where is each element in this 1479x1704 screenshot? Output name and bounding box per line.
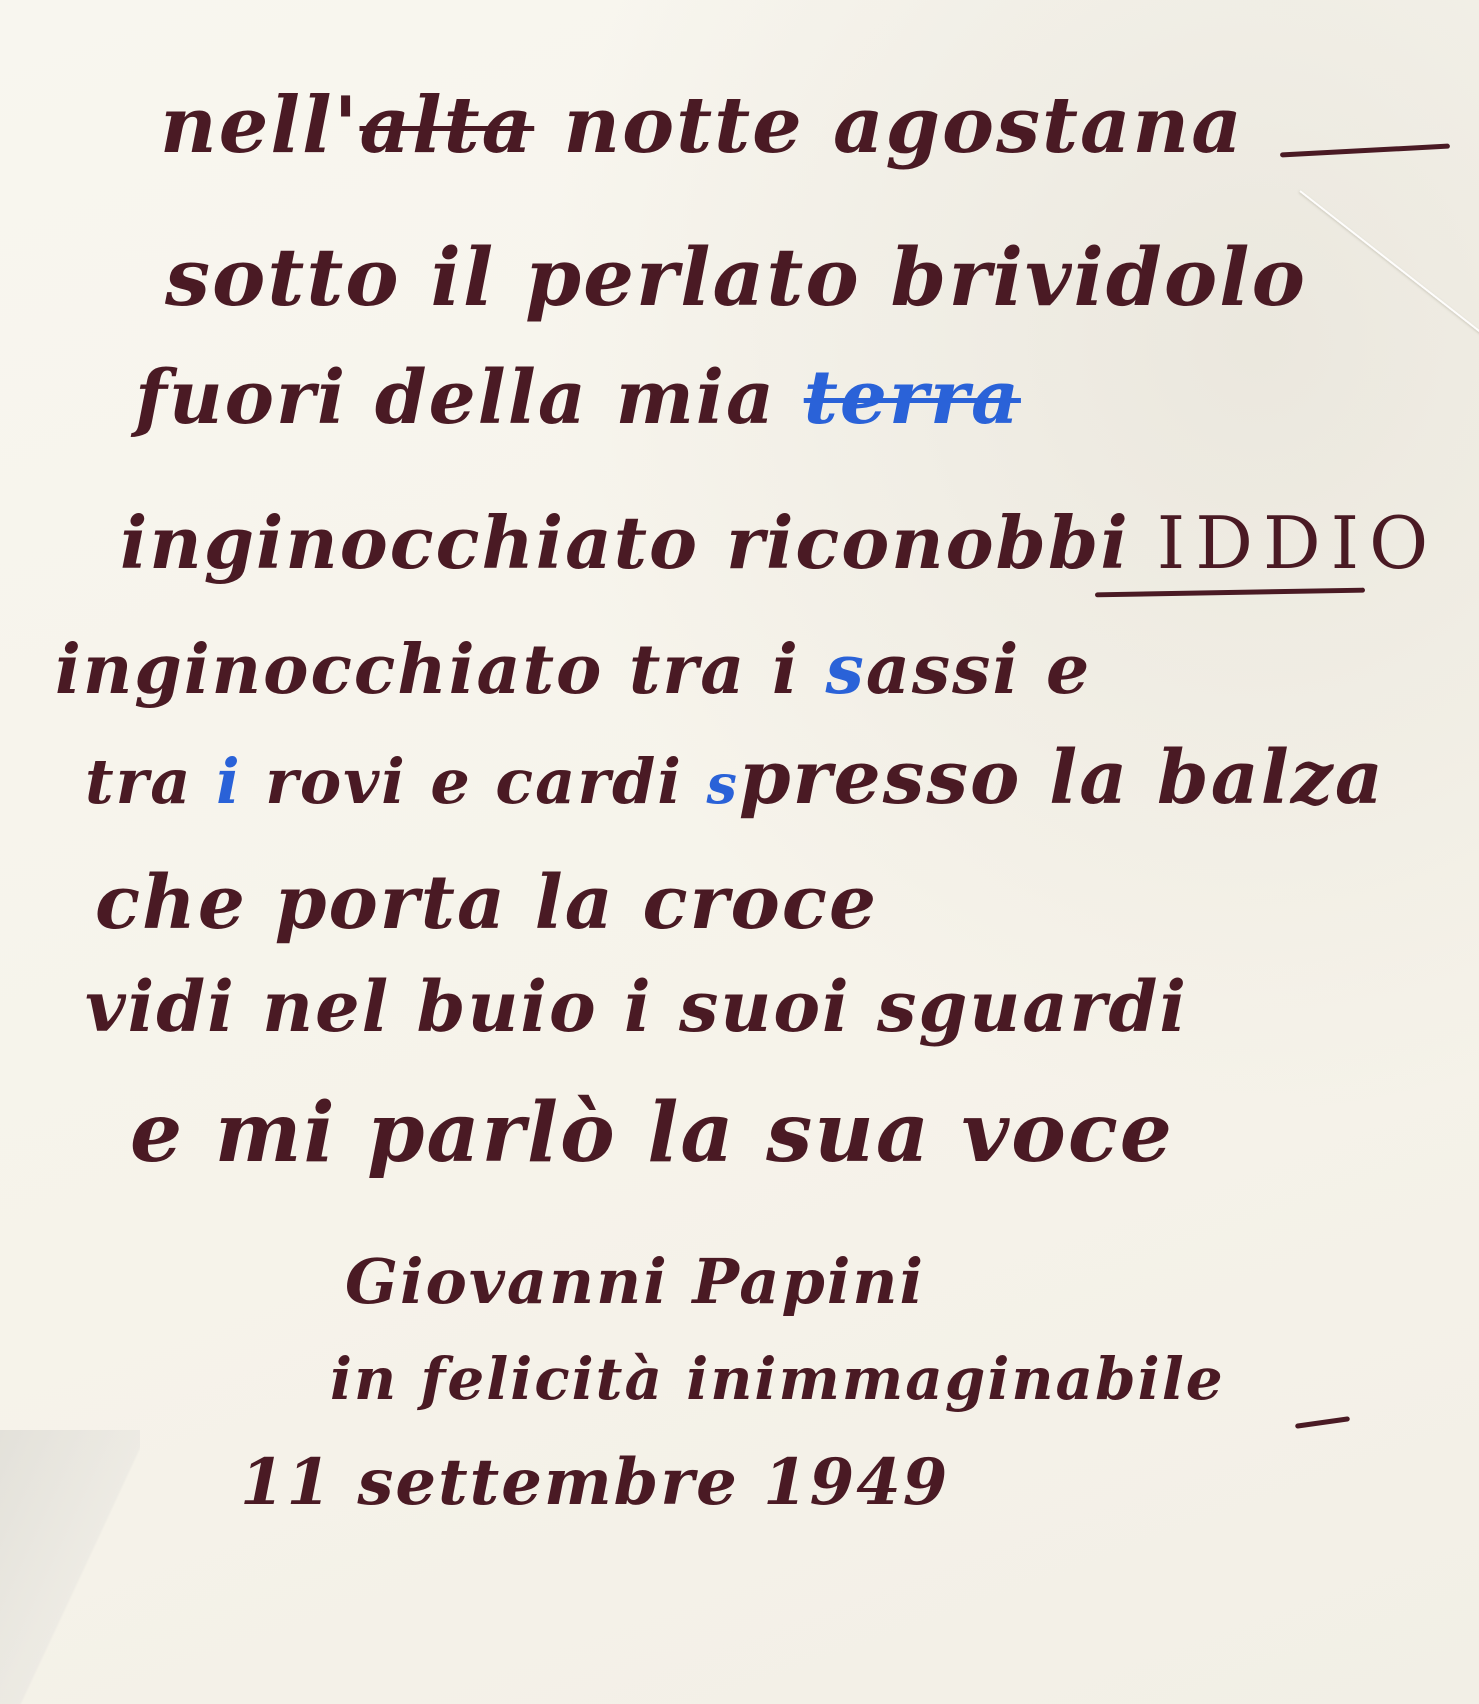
line-text: che porta la croce (95, 860, 878, 946)
line-text: inginocchiato riconobbi (120, 500, 1157, 585)
line-text-rest-2: presso la balza (739, 735, 1385, 821)
line-text: e mi parlò la sua voce (130, 1085, 1174, 1181)
poem-line-7: che porta la croce (95, 860, 878, 946)
signature-date: 11 settembre 1949 (240, 1445, 949, 1520)
line-text: inginocchiato tra i (55, 630, 826, 710)
line-text-rest: notte agostana (534, 80, 1244, 171)
line-text: fuori della mia (135, 355, 804, 441)
struck-word-corrected: terra (804, 355, 1021, 441)
signature-name: Giovanni Papini (345, 1245, 925, 1318)
line-text: vidi nel buio i suoi sguardi (85, 965, 1188, 1048)
author-name: Giovanni Papini (345, 1245, 925, 1318)
correction-mark-2: s (707, 752, 739, 816)
poem-line-1: nell'alta notte agostana (160, 80, 1244, 171)
line-text-rest: rovi e cardi (242, 745, 683, 818)
correction-mark: i (216, 745, 242, 818)
line-text: nell' (160, 80, 359, 171)
poem-line-3: fuori della mia terra (135, 355, 1021, 441)
signature-dedication: in felicità inimmaginabile (330, 1345, 1225, 1413)
poem-line-4: inginocchiato riconobbi IDDIO (120, 500, 1438, 585)
poem-line-2: sotto il perlato brividolo (165, 230, 1307, 324)
poem-line-6: tra i rovi e cardi spresso la balza (85, 735, 1385, 821)
emphasized-word: IDDIO (1157, 501, 1438, 585)
dedication-text: in felicità inimmaginabile (330, 1345, 1225, 1413)
line-text: tra (85, 745, 216, 818)
struck-word: alta (359, 80, 534, 171)
poem-line-5: inginocchiato tra i sassi e (55, 630, 1091, 710)
poem-line-9: e mi parlò la sua voce (130, 1085, 1174, 1181)
line-text-rest: assi e (866, 630, 1091, 710)
date-text: 11 settembre 1949 (240, 1445, 949, 1520)
poem-line-8: vidi nel buio i suoi sguardi (85, 965, 1188, 1048)
line-text: sotto il perlato brividolo (165, 230, 1307, 324)
folded-corner (0, 1430, 140, 1704)
correction-mark: s (826, 630, 866, 710)
